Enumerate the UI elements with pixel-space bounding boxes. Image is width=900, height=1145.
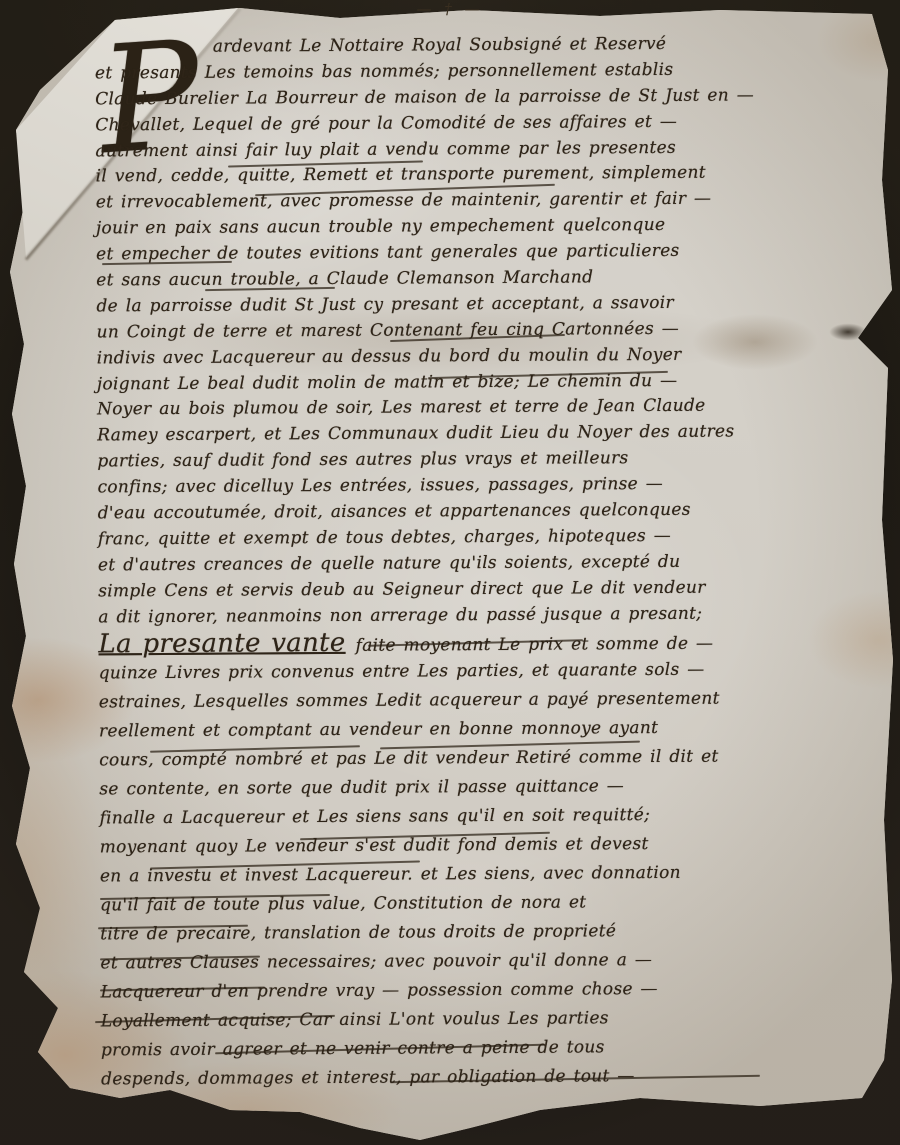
manuscript-line: reellement et comptant au vendeur en bon… [99, 713, 883, 747]
manuscript-line: finalle a Lacquereur et Les siens sans q… [99, 800, 883, 834]
emphasized-phrase: La presante vante [98, 628, 345, 660]
manuscript-line: estraines, Lesquelles sommes Ledit acque… [99, 684, 883, 718]
manuscript-line: se contente, en sorte que dudit prix il … [99, 771, 883, 805]
manuscript-line: despends, dommages et interest, par obli… [101, 1061, 885, 1095]
manuscript-line: cours, compté nombré et pas Le dit vende… [99, 742, 883, 776]
manuscript-line: quinze Livres prix convenus entre Les pa… [99, 655, 883, 689]
manuscript-text: ardevant Le Nottaire Royal Soubsigné et … [95, 31, 885, 1095]
